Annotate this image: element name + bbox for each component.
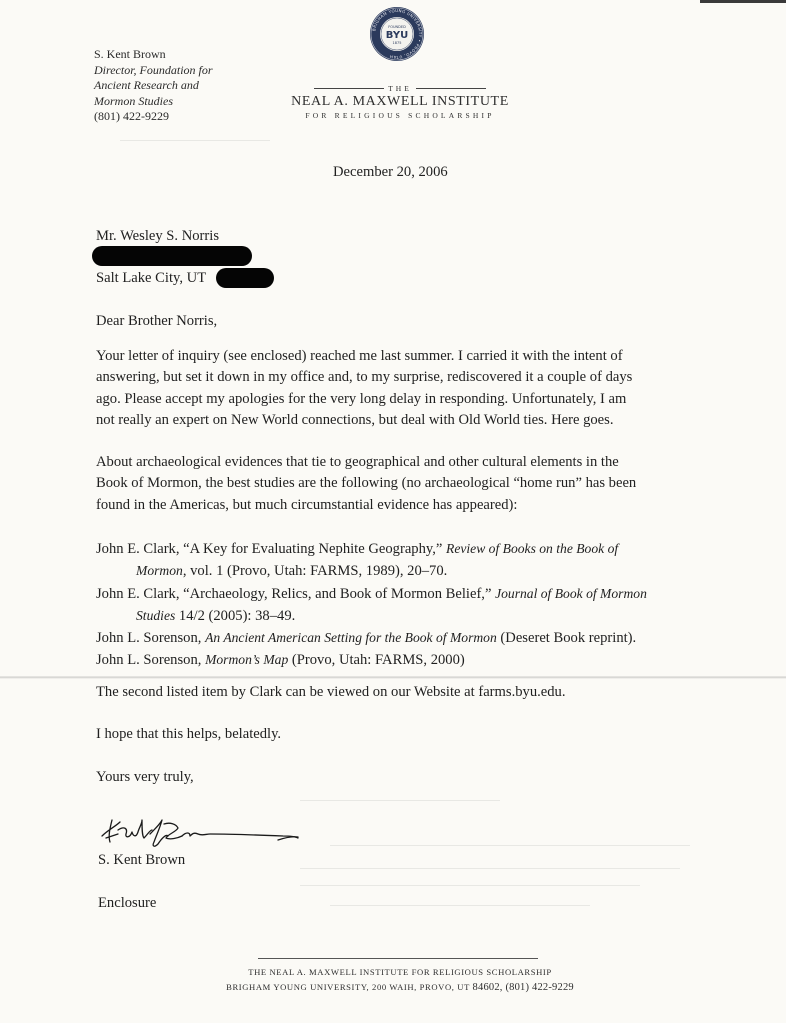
paragraph-3: The second listed item by Clark can be v…: [96, 682, 565, 703]
reference-text: John E. Clark, “A Key for Evaluating Nep…: [96, 541, 446, 557]
sender-title-line: Ancient Research and: [94, 78, 213, 94]
show-through-mark: [120, 140, 270, 141]
redacted-street-address: [92, 246, 252, 266]
paragraph-line: not really an expert on New World connec…: [96, 410, 632, 431]
svg-text:1875: 1875: [393, 41, 402, 45]
reference-2-line-1: John E. Clark, “Archaeology, Relics, and…: [96, 583, 647, 605]
footer-address-text: Brigham Young University, 200 WAIH, Prov…: [226, 982, 472, 992]
reference-title-italic: Review of Books on the Book of: [446, 541, 618, 556]
reference-title-italic: Journal of Book of Mormon: [495, 586, 647, 601]
reference-text: John E. Clark, “Archaeology, Relics, and…: [96, 586, 495, 602]
paragraph-4: I hope that this helps, belatedly.: [96, 724, 281, 745]
reference-list: John E. Clark, “A Key for Evaluating Nep…: [96, 538, 647, 672]
institute-masthead: THE NEAL A. MAXWELL INSTITUTE FOR RELIGI…: [280, 83, 520, 121]
letter-date: December 20, 2006: [333, 162, 448, 183]
salutation: Dear Brother Norris,: [96, 311, 217, 332]
reference-text: (Deseret Book reprint).: [497, 630, 636, 646]
reference-1-line-1: John E. Clark, “A Key for Evaluating Nep…: [96, 538, 647, 560]
scan-edge: [700, 0, 786, 3]
paragraph-1: Your letter of inquiry (see enclosed) re…: [96, 346, 632, 431]
show-through-mark: [300, 885, 640, 886]
reference-title-italic: Mormon: [136, 563, 183, 578]
reference-2-line-2: Studies 14/2 (2005): 38–49.: [96, 605, 647, 627]
footer-zip-phone: 84602, (801) 422-9229: [473, 982, 574, 993]
paragraph-line: found in the Americas, but much circumst…: [96, 495, 636, 516]
institute-subtitle: FOR RELIGIOUS SCHOLARSHIP: [280, 110, 520, 121]
handwritten-signature: [98, 816, 308, 850]
institute-name: NEAL A. MAXWELL INSTITUTE: [280, 93, 520, 110]
redacted-zip-code: [216, 268, 274, 288]
paragraph-line: About archaeological evidences that tie …: [96, 452, 636, 473]
signer-name: S. Kent Brown: [98, 850, 185, 871]
show-through-mark: [300, 800, 500, 801]
sender-block: S. Kent Brown Director, Foundation for A…: [94, 47, 213, 125]
sender-title-line: Mormon Studies: [94, 94, 213, 110]
masthead-the-row: THE: [280, 83, 520, 93]
show-through-mark: [300, 868, 680, 869]
show-through-mark: [330, 845, 690, 846]
closing: Yours very truly,: [96, 767, 194, 788]
byu-seal-icon: FOUNDED BYU 1875 BRIGHAM YOUNG UNIVERSIT…: [368, 5, 426, 63]
reference-text: 14/2 (2005): 38–49.: [175, 608, 295, 624]
paragraph-line: answering, but set it down in my office …: [96, 367, 632, 388]
reference-text: , vol. 1 (Provo, Utah: FARMS, 1989), 20–…: [183, 563, 447, 579]
reference-text: (Provo, Utah: FARMS, 2000): [288, 652, 465, 668]
svg-text:BYU: BYU: [386, 30, 408, 41]
enclosure-note: Enclosure: [98, 893, 156, 914]
reference-text: John L. Sorenson,: [96, 630, 205, 646]
reference-4: John L. Sorenson, Mormon’s Map (Provo, U…: [96, 649, 647, 671]
footer-address: Brigham Young University, 200 WAIH, Prov…: [190, 980, 610, 995]
paragraph-line: ago. Please accept my apologies for the …: [96, 389, 632, 410]
sender-phone: (801) 422-9229: [94, 109, 213, 125]
letter-page: S. Kent Brown Director, Foundation for A…: [0, 0, 786, 1023]
reference-3: John L. Sorenson, An Ancient American Se…: [96, 627, 647, 649]
sender-name: S. Kent Brown: [94, 47, 213, 63]
svg-text:FOUNDED: FOUNDED: [388, 25, 406, 29]
paragraph-line: Your letter of inquiry (see enclosed) re…: [96, 346, 632, 367]
recipient-name: Mr. Wesley S. Norris: [96, 226, 219, 247]
paragraph-2: About archaeological evidences that tie …: [96, 452, 636, 516]
reference-1-line-2: Mormon, vol. 1 (Provo, Utah: FARMS, 1989…: [96, 560, 647, 582]
footer-rule: [258, 958, 538, 959]
paragraph-line: Book of Mormon, the best studies are the…: [96, 473, 636, 494]
footer-institute-name: The Neal A. Maxwell Institute for Religi…: [190, 965, 610, 980]
recipient-city-state: Salt Lake City, UT: [96, 268, 206, 289]
show-through-mark: [330, 905, 590, 906]
reference-title-italic: Studies: [136, 608, 175, 623]
masthead-rule: [314, 88, 384, 89]
reference-text: John L. Sorenson,: [96, 652, 205, 668]
masthead-the: THE: [388, 84, 412, 93]
letterhead-footer: The Neal A. Maxwell Institute for Religi…: [190, 965, 610, 995]
reference-title-italic: An Ancient American Setting for the Book…: [205, 630, 497, 645]
sender-title-line: Director, Foundation for: [94, 63, 213, 79]
masthead-rule: [416, 88, 486, 89]
reference-title-italic: Mormon’s Map: [205, 652, 288, 667]
